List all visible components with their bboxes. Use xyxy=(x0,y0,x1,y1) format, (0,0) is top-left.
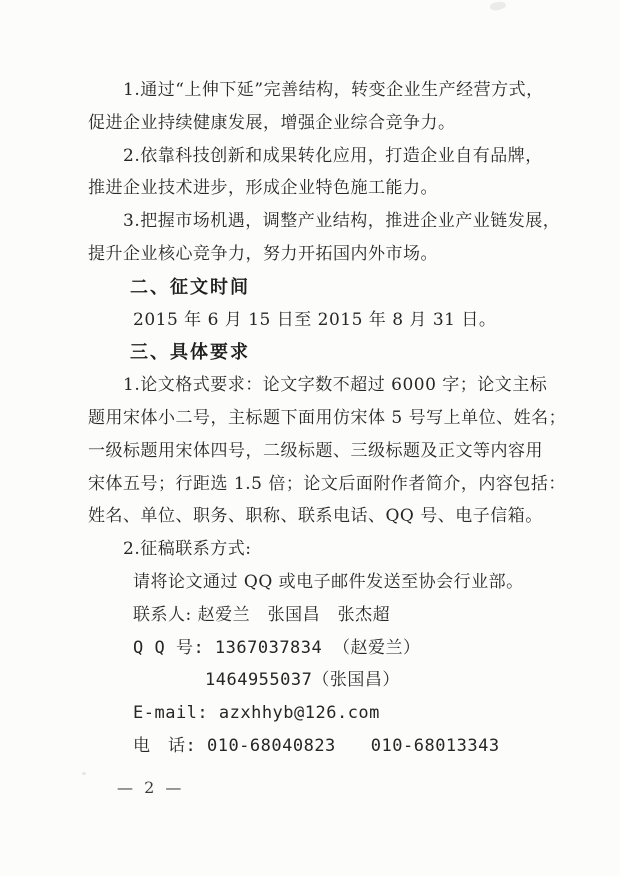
submission-period-line: 2015 年 6 月 15 日至 2015 年 8 月 31 日。 xyxy=(88,304,578,337)
qq-number-line-1: Q Q 号: 1367037834 （赵爱兰） xyxy=(88,632,578,665)
format-requirements-line-1: 1.论文格式要求：论文字数不超过 6000 字；论文主标 xyxy=(88,369,578,402)
submission-instruction-line: 请将论文通过 QQ 或电子邮件发送至协会行业部。 xyxy=(88,566,578,599)
phone-line: 电 话: 010-68040823 010-68013343 xyxy=(88,730,578,763)
scan-smudge-artifact xyxy=(489,0,506,11)
format-requirements-line-4: 宋体五号；行距选 1.5 倍；论文后面附作者简介，内容包括： xyxy=(88,468,578,501)
email-line: E-mail: azxhhyb@126.com xyxy=(88,697,578,730)
item-1-line-2: 促进企业持续健康发展，增强企业综合竞争力。 xyxy=(88,107,578,140)
format-requirements-line-5: 姓名、单位、职务、职称、联系电话、QQ 号、电子信箱。 xyxy=(88,500,578,533)
contact-method-heading-line: 2.征稿联系方式: xyxy=(88,533,578,566)
scanned-document-page: 1.通过“上伸下延”完善结构，转变企业生产经营方式， 促进企业持续健康发展，增强… xyxy=(0,0,620,876)
item-3-line-1: 3.把握市场机遇，调整产业结构，推进企业产业链发展， xyxy=(88,205,578,238)
page-number: — 2 — xyxy=(117,778,184,797)
format-requirements-line-2: 题用宋体小二号，主标题下面用仿宋体 5 号写上单位、姓名； xyxy=(88,402,578,435)
contact-person-line: 联系人: 赵爱兰 张国昌 张杰超 xyxy=(88,599,578,632)
item-2-line-2: 推进企业技术进步，形成企业特色施工能力。 xyxy=(88,172,578,205)
item-3-line-2: 提升企业核心竞争力，努力开拓国内外市场。 xyxy=(88,238,578,271)
section-heading-2: 二、征文时间 xyxy=(88,271,578,304)
qq-number-line-2: 1464955037（张国昌） xyxy=(88,664,578,697)
item-1-line-1: 1.通过“上伸下延”完善结构，转变企业生产经营方式， xyxy=(88,74,578,107)
format-requirements-line-3: 一级标题用宋体四号，二级标题、三级标题及正文等内容用 xyxy=(88,435,578,468)
section-heading-3: 三、具体要求 xyxy=(88,336,578,369)
scan-dot-artifact xyxy=(82,772,86,775)
item-2-line-1: 2.依靠科技创新和成果转化应用，打造企业自有品牌， xyxy=(88,140,578,173)
document-body: 1.通过“上伸下延”完善结构，转变企业生产经营方式， 促进企业持续健康发展，增强… xyxy=(88,74,578,763)
